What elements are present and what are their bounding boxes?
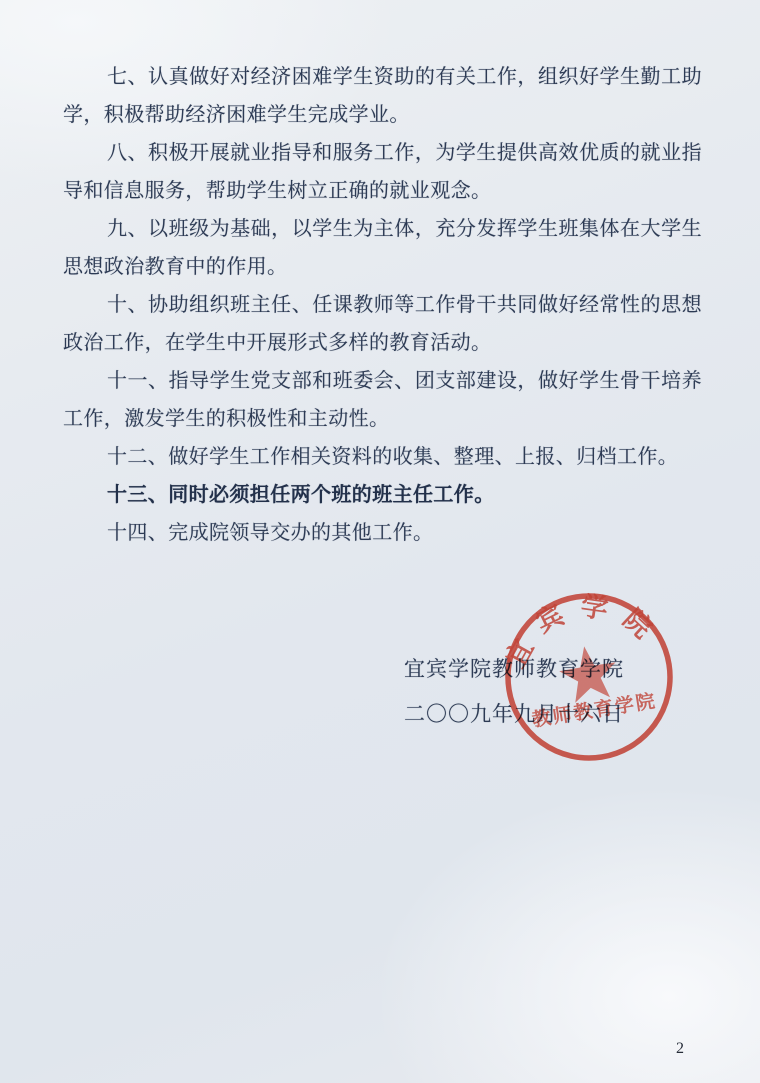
- paragraph: 十、协助组织班主任、任课教师等工作骨干共同做好经常性的思想政治工作，在学生中开展…: [63, 286, 702, 362]
- page-number: 2: [676, 1040, 684, 1058]
- document-page: 七、认真做好对经济困难学生资助的有关工作，组织好学生勤工助学，积极帮助经济困难学…: [0, 0, 760, 1083]
- paragraph: 八、积极开展就业指导和服务工作，为学生提供高效优质的就业指导和信息服务，帮助学生…: [63, 134, 702, 210]
- paragraph: 七、认真做好对经济困难学生资助的有关工作，组织好学生勤工助学，积极帮助经济困难学…: [63, 58, 702, 134]
- seal-inner-text: 教师教育学院: [530, 689, 658, 731]
- paragraph: 九、以班级为基础，以学生为主体，充分发挥学生班集体在大学生思想政治教育中的作用。: [63, 210, 702, 286]
- official-seal: 宜宾学院 教师教育学院: [488, 576, 689, 777]
- paragraph: 十二、做好学生工作相关资料的收集、整理、上报、归档工作。: [63, 438, 702, 476]
- paragraph: 十四、完成院领导交办的其他工作。: [63, 514, 702, 552]
- paragraph: 十一、指导学生党支部和班委会、团支部建设，做好学生骨干培养工作，激发学生的积极性…: [63, 362, 702, 438]
- seal-star-icon: [556, 642, 621, 705]
- paragraph: 十三、同时必须担任两个班的班主任工作。: [63, 476, 702, 514]
